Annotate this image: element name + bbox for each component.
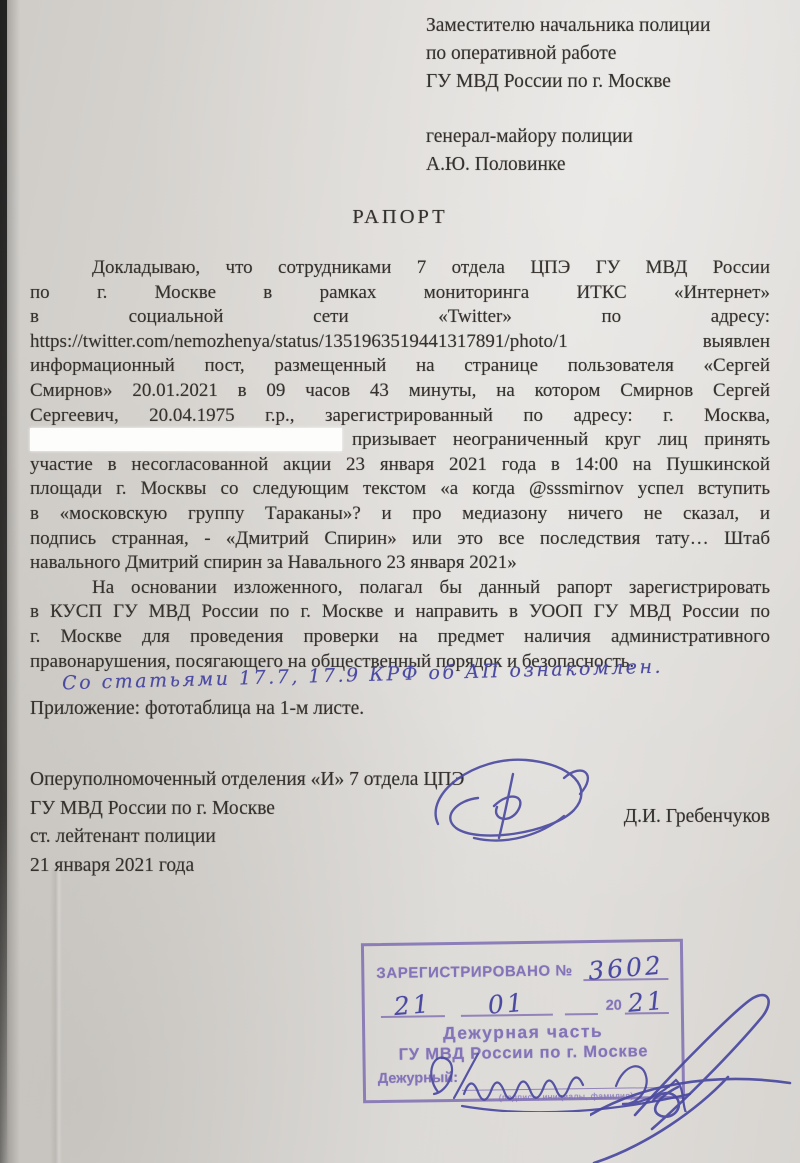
stamp-day: 21 <box>380 988 446 1022</box>
redaction-box <box>30 428 342 451</box>
stamp-day-field: 21 <box>380 985 444 1018</box>
body-line-with-redaction: призывает неограниченный круг лиц принят… <box>30 428 770 453</box>
signature-block-line: 21 января 2021 года <box>30 852 770 881</box>
body-line: Докладываю, что сотрудниками 7 отдела ЦП… <box>30 256 770 281</box>
addressee-line: ГУ МВД России по г. Москве <box>426 68 766 96</box>
flourish-signature <box>590 965 800 1163</box>
addressee-line: по оперативной работе <box>426 40 766 68</box>
body-line: площади г. Москвы со следующим текстом «… <box>30 477 770 502</box>
signer-name: Д.И. Гребенчуков <box>624 806 770 828</box>
paper-crease <box>50 868 62 1163</box>
body-line: подпись странная, - «Дмитрий Спирин» или… <box>30 527 770 552</box>
body-line: в КУСП ГУ МВД России по г. Москве и напр… <box>30 600 770 625</box>
body-line: Сергеевич, 20.04.1975 г.р., зарегистриро… <box>30 404 770 429</box>
officer-signature <box>416 746 606 851</box>
scanned-document-page: Заместителю начальника полиции по операт… <box>0 0 800 1163</box>
attachment-line: Приложение: фототаблица на 1-м листе. <box>30 698 364 720</box>
body-line: участие в несогласованной акции 23 январ… <box>30 453 770 478</box>
document-title: РАПОРТ <box>30 206 770 229</box>
stamp-registered-label: ЗАРЕГИСТРИРОВАНО № <box>376 962 573 984</box>
stamp-month-field: 01 <box>460 984 552 1017</box>
body-line: в «московскую группу Тараканы»? и про ме… <box>30 502 770 527</box>
stamp-month: 01 <box>460 985 554 1022</box>
signature-block-line: Оперуполномоченный отделения «И» 7 отдел… <box>30 766 770 795</box>
body-line: информационный пост, размещенный на стра… <box>30 354 770 379</box>
body-line: по г. Москве в рамках мониторинга ИТКС «… <box>30 281 770 306</box>
body-line: г. Москве для проведения проверки на пре… <box>30 625 770 650</box>
addressee-rank: генерал-майору полиции <box>426 123 766 151</box>
addressee-block: Заместителю начальника полиции по операт… <box>426 12 766 179</box>
scan-edge-dark-strip <box>0 0 7 1163</box>
body-line: навального Дмитрий спирин за Навального … <box>30 551 770 576</box>
body-line: На основании изложенного, полагал бы дан… <box>30 576 770 601</box>
spacer <box>426 96 766 123</box>
body-line: в социальной сети «Twitter» по адресу: <box>30 305 770 330</box>
body-line: https://twitter.com/nemozhenya/status/13… <box>30 330 770 355</box>
addressee-line: Заместителю начальника полиции <box>426 12 766 40</box>
addressee-name: А.Ю. Половинке <box>426 151 766 179</box>
body-line: призывает неограниченный круг лиц принят… <box>352 428 770 453</box>
body-line: Смирнов» 20.01.2021 в 09 часов 43 минуты… <box>30 379 770 404</box>
document-body: Докладываю, что сотрудниками 7 отдела ЦП… <box>30 256 770 674</box>
